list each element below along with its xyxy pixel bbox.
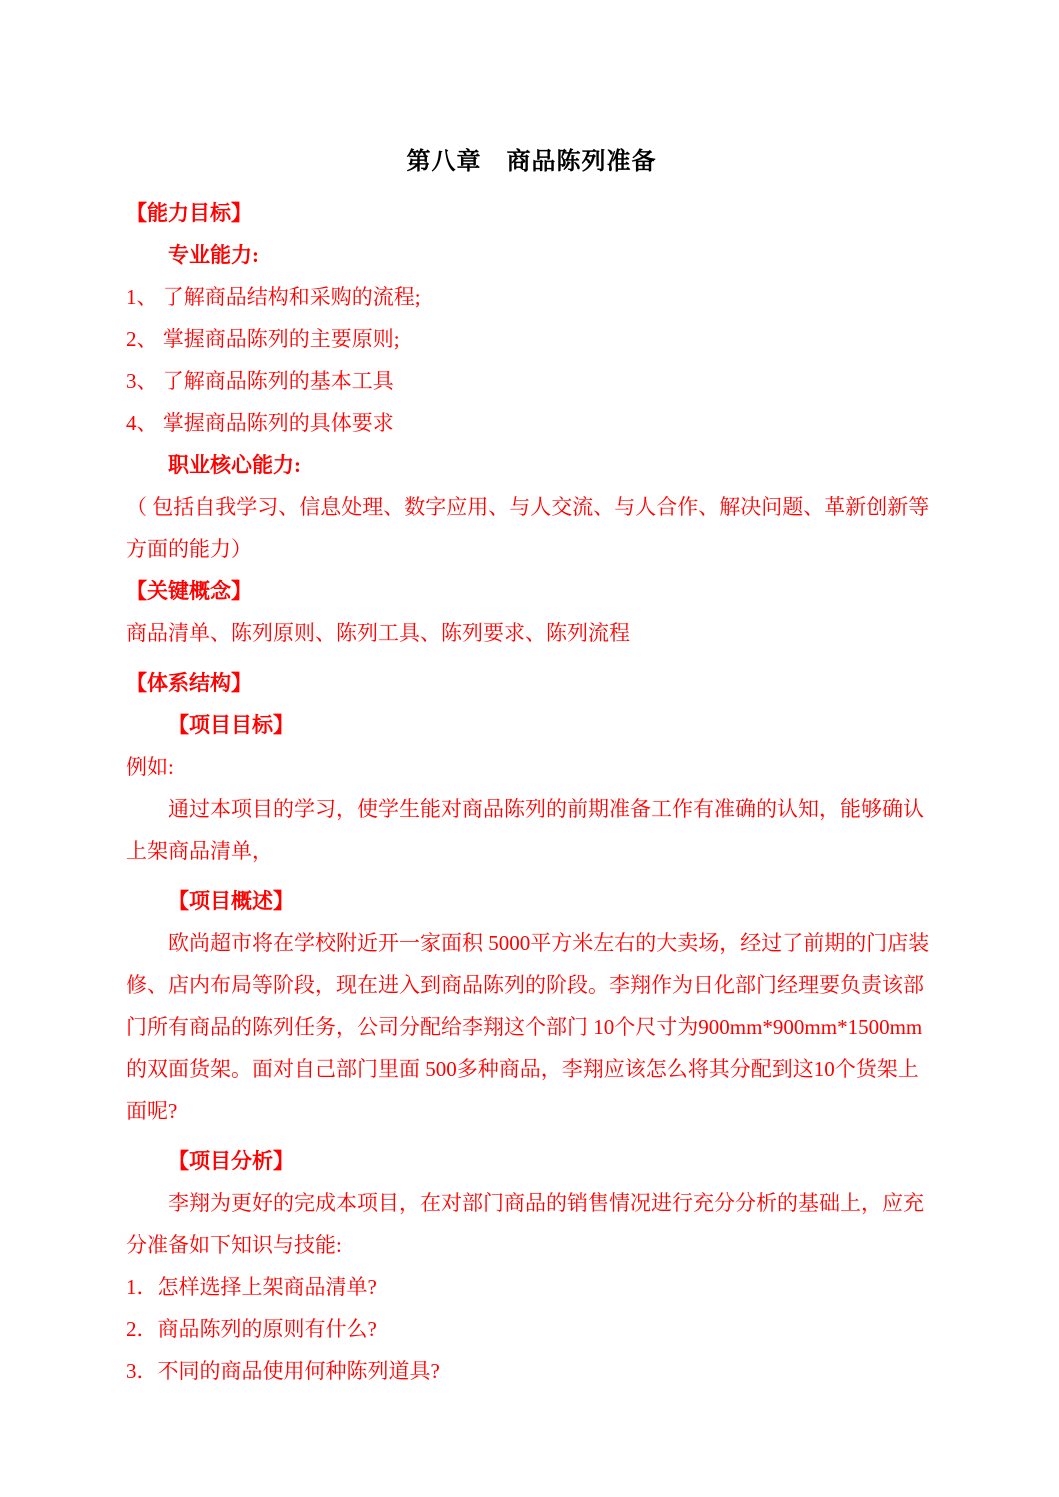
section-heading-key-concepts: 【关键概念】 [126, 570, 937, 612]
list-item-question-2: 2．商品陈列的原则有什么? [126, 1308, 937, 1350]
paragraph-project-overview-body: 欧尚超市将在学校附近开一家面积 5000平方米左右的大卖场，经过了前期的门店装修… [126, 922, 937, 1132]
section-heading-system-structure: 【体系结构】 [126, 662, 937, 704]
list-item-professional-1: 1、 了解商品结构和采购的流程; [126, 276, 937, 318]
document-page: 第八章 商品陈列准备 【能力目标】 专业能力: 1、 了解商品结构和采购的流程;… [0, 0, 1059, 1497]
list-item-question-3: 3．不同的商品使用何种陈列道具? [126, 1350, 937, 1392]
subheading-project-analysis: 【项目分析】 [126, 1140, 937, 1182]
paragraph-core-ability: （ 包括自我学习、信息处理、数字应用、与人交流、与人合作、解决问题、革新创新等方… [126, 486, 937, 570]
paragraph-key-concepts: 商品清单、陈列原则、陈列工具、陈列要求、陈列流程 [126, 612, 937, 654]
subheading-project-overview: 【项目概述】 [126, 880, 937, 922]
section-heading-ability-goals: 【能力目标】 [126, 192, 937, 234]
subheading-core-ability: 职业核心能力: [126, 444, 937, 486]
paragraph-project-analysis-body: 李翔为更好的完成本项目，在对部门商品的销售情况进行充分分析的基础上，应充分准备如… [126, 1182, 937, 1266]
subheading-project-goal: 【项目目标】 [126, 704, 937, 746]
list-item-professional-2: 2、 掌握商品陈列的主要原则; [126, 318, 937, 360]
list-item-question-1: 1．怎样选择上架商品清单? [126, 1266, 937, 1308]
list-item-professional-3: 3、 了解商品陈列的基本工具 [126, 360, 937, 402]
subheading-professional-ability: 专业能力: [126, 234, 937, 276]
chapter-title: 第八章 商品陈列准备 [126, 146, 937, 178]
paragraph-project-goal-body: 通过本项目的学习，使学生能对商品陈列的前期准备工作有准确的认知，能够确认上架商品… [126, 788, 937, 872]
list-item-professional-4: 4、 掌握商品陈列的具体要求 [126, 402, 937, 444]
paragraph-project-goal-lead: 例如: [126, 746, 937, 788]
